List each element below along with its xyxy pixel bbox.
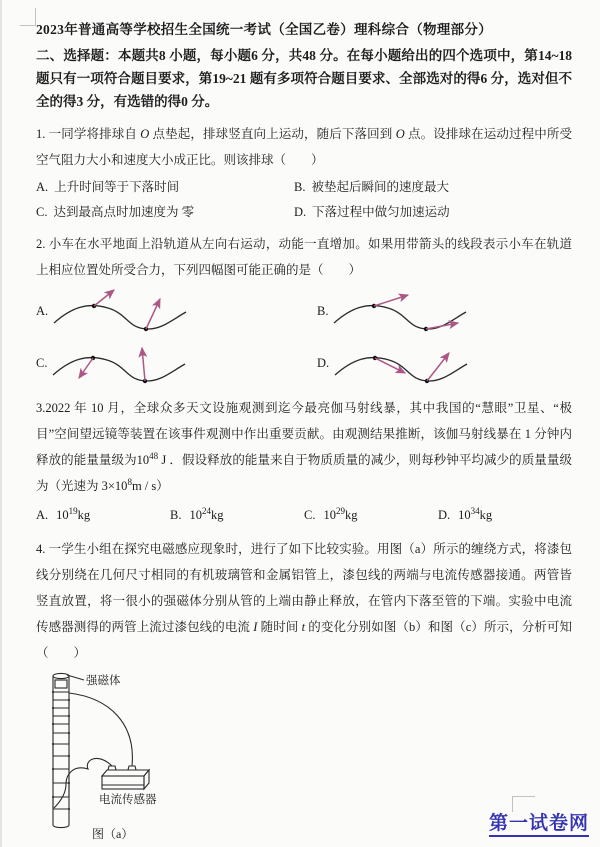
- question-2-diagrams: A. B. C.: [36, 287, 572, 389]
- magnet-label-line: [67, 675, 84, 680]
- section-instructions: 二、选择题：本题共8 小题，每小题6 分，共48 分。在每小题给出的四个选项中，…: [36, 44, 572, 113]
- option-1B: B.被垫起后瞬间的速度最大: [294, 175, 572, 200]
- option-text: 上升时间等于下落时间: [54, 180, 179, 194]
- apparatus-figure-a: 强磁体 电流传感器 图（a）: [40, 670, 225, 846]
- current-sensor-box: [102, 766, 149, 789]
- option-unit: kg: [211, 508, 224, 522]
- force-diagram-B: B.: [317, 287, 572, 337]
- q4-text: 随时间: [257, 620, 301, 634]
- coil-edge-ticks: [52, 691, 70, 810]
- force-arrow-1: [374, 295, 408, 306]
- option-base: 10: [189, 508, 202, 522]
- force-arrow-2: [146, 299, 160, 329]
- option-exponent: 24: [202, 506, 211, 516]
- panel-label-B: B.: [317, 301, 328, 321]
- track-diagram-C: [49, 339, 199, 389]
- q3-text: m / s）: [132, 479, 169, 493]
- option-1C: C.达到最高点时加速度为 零: [36, 200, 294, 225]
- force-arrow-1: [79, 358, 93, 378]
- force-diagram-D: D.: [317, 339, 572, 389]
- panel-label-A: A.: [36, 301, 48, 321]
- sensor-label: 电流传感器: [99, 792, 157, 806]
- option-1D: D.下落过程中做匀加速运动: [294, 200, 572, 225]
- option-text: 下落过程中做匀加速运动: [312, 205, 450, 219]
- question-1-options: A.上升时间等于下落时间 B.被垫起后瞬间的速度最大 C.达到最高点时加速度为 …: [36, 175, 572, 225]
- option-label: A.: [36, 508, 48, 522]
- q1-text: 点垫起，排球竖直向上运动，随后下落回到: [149, 127, 395, 141]
- figure-caption: 图（a）: [92, 827, 133, 841]
- panel-label-C: C.: [36, 353, 47, 373]
- option-label: D.: [438, 508, 450, 522]
- q3-exponent: 48: [149, 451, 158, 461]
- site-watermark: 第一试卷网: [489, 808, 589, 837]
- option-exponent: 29: [336, 506, 345, 516]
- q1-text: 1. 一同学将排球自: [36, 127, 140, 141]
- option-base: 10: [323, 508, 336, 522]
- force-arrow-1: [94, 290, 114, 306]
- option-3C: C.1029kg: [304, 503, 438, 528]
- sensor-terminal-right: [128, 766, 136, 770]
- option-text: 达到最高点时加速度为 零: [53, 205, 194, 219]
- track-curve: [54, 306, 186, 329]
- track-curve: [53, 358, 185, 381]
- magnet: [55, 680, 67, 688]
- option-1A: A.上升时间等于下落时间: [36, 175, 294, 200]
- option-text: 被垫起后瞬间的速度最大: [311, 180, 449, 194]
- page-title: 2023年普通高等学校招生全国统一考试（全国乙卷）理科综合（物理部分）: [36, 18, 572, 38]
- option-label: B.: [170, 508, 181, 522]
- force-arrow-2: [142, 348, 145, 381]
- textbox-corner-mark-top: [20, 8, 36, 26]
- option-base: 10: [56, 508, 69, 522]
- option-base: 10: [458, 508, 471, 522]
- magnet-label: 强磁体: [86, 673, 121, 687]
- track-diagram-A: [50, 287, 200, 337]
- glass-tube: [53, 673, 69, 827]
- track-diagram-B: [330, 287, 480, 337]
- option-3B: B.1024kg: [170, 503, 304, 528]
- option-label: C.: [36, 205, 47, 219]
- sensor-terminal-left: [108, 766, 116, 770]
- question-2-stem: 2. 小车在水平地面上沿轨道从左向右运动，动能一直增加。如果用带箭头的线段表示小…: [36, 231, 572, 283]
- question-3-stem: 3.2022 年 10 月，全球众多天文设施观测到迄今最亮伽马射线暴，其中我国的…: [36, 395, 572, 499]
- question-4-stem: 4. 一学生小组在探究电磁感应现象时，进行了如下比较实验。用图（a）所示的缠绕方…: [36, 536, 572, 666]
- panel-label-D: D.: [317, 353, 329, 373]
- option-label: B.: [294, 180, 305, 194]
- track-curve: [335, 358, 467, 381]
- option-exponent: 19: [69, 506, 78, 516]
- option-unit: kg: [480, 508, 493, 522]
- exam-page: 2023年普通高等学校招生全国统一考试（全国乙卷）理科综合（物理部分） 二、选择…: [0, 0, 600, 847]
- question-1-stem: 1. 一同学将排球自 O 点垫起，排球竖直向上运动，随后下落回到 O 点。设排球…: [36, 121, 572, 173]
- question-3-options: A.1019kg B.1024kg C.1029kg D.1034kg: [36, 503, 572, 528]
- option-3D: D.1034kg: [438, 503, 572, 528]
- q1-symbol-O: O: [140, 127, 149, 141]
- wire-top: [69, 693, 132, 766]
- option-label: A.: [36, 180, 48, 194]
- force-diagram-A: A.: [36, 287, 291, 337]
- force-diagram-C: C.: [36, 339, 291, 389]
- option-exponent: 34: [471, 506, 480, 516]
- option-3A: A.1019kg: [36, 503, 170, 528]
- force-arrow-2: [426, 323, 458, 329]
- coil-winding: [53, 692, 69, 809]
- track-diagram-D: [331, 339, 481, 389]
- option-unit: kg: [78, 508, 91, 522]
- q1-symbol-O: O: [396, 127, 405, 141]
- option-label: C.: [304, 508, 315, 522]
- option-unit: kg: [345, 508, 358, 522]
- option-label: D.: [294, 205, 306, 219]
